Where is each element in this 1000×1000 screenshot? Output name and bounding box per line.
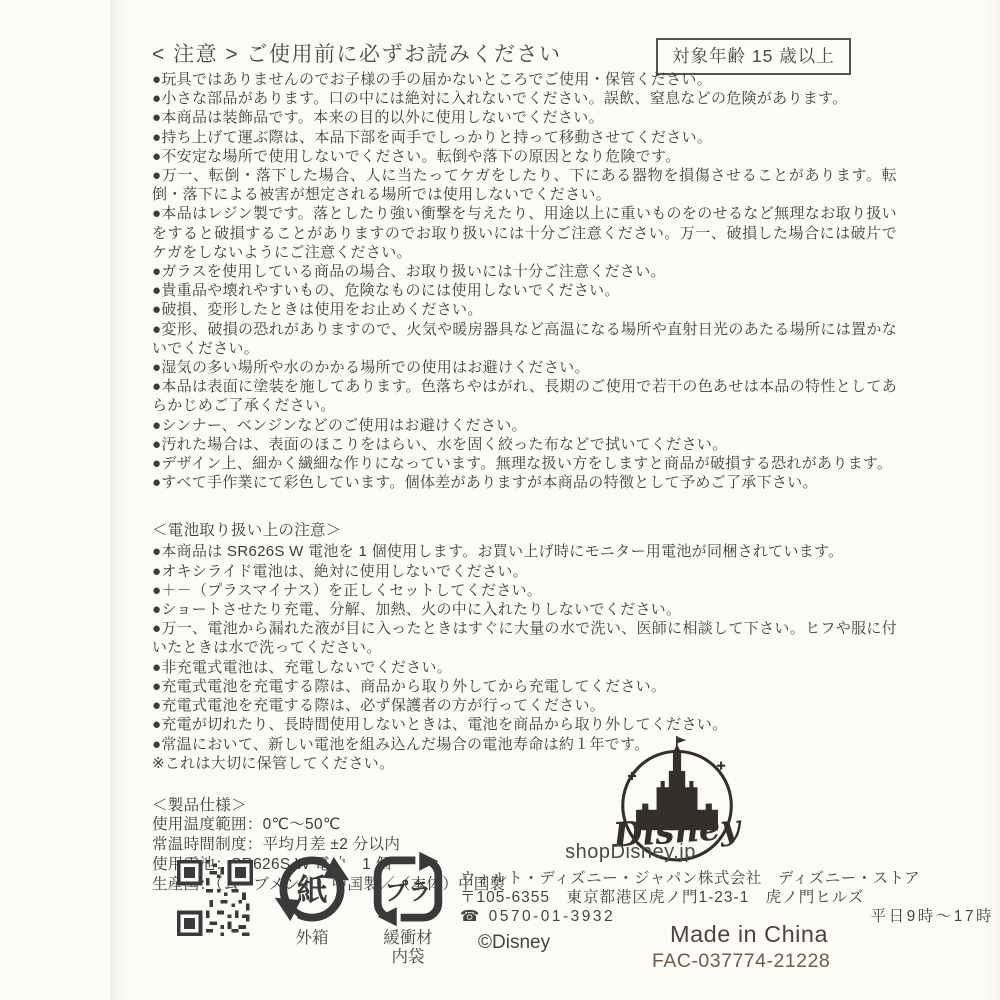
paper-mark-kanji: 紙 <box>295 873 327 908</box>
caution-item: ●本品はレジン製です。落としたり強い衝撃を与えたり、用途以上に重いものをのせるな… <box>152 204 897 262</box>
plastic-recycle-mark: プラ 緩衝材 内袋 <box>362 850 454 966</box>
caution-item: ●汚れた場合は、表面のほこりをはらい、水を固く絞った布などで拭いてください。 <box>152 435 897 454</box>
caution-item: ●変形、破損の恐れがありますので、火気や暖房器具など高温になる場所や直射日光のあ… <box>152 320 897 358</box>
plastic-mark-kana: プラ <box>385 878 432 904</box>
qr-code-graphic <box>177 860 253 936</box>
caution-item: ●本商品は装飾品です。本来の目的以外に使用しないでください。 <box>152 108 897 127</box>
page-title: < 注意 > ご使用前に必ずお読みください <box>152 38 562 68</box>
battery-item: ●本商品は SR626S W 電池を 1 個使用します。お買い上げ時にモニター用… <box>152 542 897 561</box>
plastic-recycle-icon: プラ <box>369 850 447 928</box>
battery-item: ●万一、電池から漏れた液が目に入ったときはすぐに大量の水で洗い、医師に相談して下… <box>152 619 897 657</box>
caution-item: ●破損、変形したときは使用をお止めください。 <box>152 300 897 319</box>
battery-item: ●オキシライド電池は、絶対に使用しないでください。 <box>152 562 897 581</box>
caution-item: ●デザイン上、細かく繊細な作りになっています。無理な扱い方をしますと商品が破損す… <box>152 454 897 473</box>
battery-item: ●充電式電池を充電する際は、必ず保護者の方が行ってください。 <box>152 696 897 715</box>
caution-item: ●持ち上げて運ぶ際は、本品下部を両手でしっかりと持って移動させてください。 <box>152 128 897 147</box>
paper-recycle-icon: 紙 <box>273 850 351 928</box>
caution-item: ●シンナー、ベンジンなどのご使用はお避けください。 <box>152 416 897 435</box>
caution-item: ●小さな部品があります。口の中には絶対に入れないでください。誤飲、窒息などの危険… <box>152 89 897 108</box>
company-address: 〒105-6355 東京都港区虎ノ門1-23-1 虎ノ門ヒルズ <box>460 888 994 907</box>
company-name: ウォルト・ディズニー・ジャパン株式会社 ディズニー・ストア <box>460 869 994 888</box>
business-hours: 平日9時～17時 <box>871 907 994 926</box>
battery-item: ●非充電式電池は、充電しないでください。 <box>152 658 897 677</box>
battery-note: ※これは大切に保管してください。 <box>152 754 897 773</box>
caution-list: ●玩具ではありませんのでお子様の手の届かないところでご使用・保管ください。 ●小… <box>152 70 897 492</box>
caution-item: ●玩具ではありませんのでお子様の手の届かないところでご使用・保管ください。 <box>152 70 897 89</box>
paper-recycle-mark: 紙 外箱 <box>266 850 358 948</box>
battery-section-title: ＜電池取り扱い上の注意＞ <box>152 518 897 540</box>
caution-item: ●湿気の多い場所や水のかかる場所での使用はお避けください。 <box>152 358 897 377</box>
battery-item: ●ショートさせたり充電、分解、加熱、火の中に入れたりしないでください。 <box>152 600 897 619</box>
battery-item: ●常温において、新しい電池を組み込んだ場合の電池寿命は約１年です。 <box>152 735 897 754</box>
shop-url: shopDisney.jp <box>518 841 743 864</box>
qr-code-icon <box>177 860 253 936</box>
document-page: < 注意 > ご使用前に必ずお読みください 対象年齢 15 歳以上 ●玩具ではあ… <box>0 0 1000 1000</box>
spec-row: 使用温度範囲：0℃～50℃ <box>152 815 897 835</box>
phone-number: ☎ 0570-01-3932 <box>460 907 615 926</box>
made-in-label: Made in China <box>670 921 828 948</box>
company-info-block: ウォルト・ディズニー・ジャパン株式会社 ディズニー・ストア 〒105-6355 … <box>460 869 994 926</box>
battery-item: ●充電が切れたり、長時間使用しないときは、電池を商品から取り外してください。 <box>152 715 897 734</box>
caution-item: ●すべて手作業にて彩色しています。個体差がありますが本商品の特徴として予めご了承… <box>152 473 897 492</box>
caution-item: ●万一、転倒・落下した場合、人に当たってケガをしたり、下にある器物を損傷させるこ… <box>152 166 897 204</box>
caution-item: ●不安定な場所で使用しないでください。転倒や落下の原因となり危険です。 <box>152 147 897 166</box>
plastic-mark-label-line1: 緩衝材 <box>362 929 454 948</box>
paper-mark-label: 外箱 <box>266 929 358 948</box>
caution-item: ●本品は表面に塗装を施してあります。色落ちやはがれ、長期のご使用で若干の色あせは… <box>152 377 897 415</box>
battery-item: ●＋－（プラスマイナス）を正しくセットしてください。 <box>152 581 897 600</box>
caution-item: ●貴重品や壊れやすいもの、危険なものには使用しないでください。 <box>152 281 897 300</box>
copyright-label: ©Disney <box>478 932 550 954</box>
specs-section-title: ＜製品仕様＞ <box>152 793 897 815</box>
document-body: ●玩具ではありませんのでお子様の手の届かないところでご使用・保管ください。 ●小… <box>152 70 897 895</box>
battery-caution-list: ●本商品は SR626S W 電池を 1 個使用します。お買い上げ時にモニター用… <box>152 542 897 772</box>
plastic-mark-label-line2: 内袋 <box>362 948 454 967</box>
plastic-mark-label: 緩衝材 内袋 <box>362 929 454 966</box>
fac-code: FAC-037774-21228 <box>652 950 830 973</box>
battery-item: ●充電式電池を充電する際は、商品から取り外してから充電してください。 <box>152 677 897 696</box>
caution-item: ●ガラスを使用している商品の場合、お取り扱いには十分ご注意ください。 <box>152 262 897 281</box>
